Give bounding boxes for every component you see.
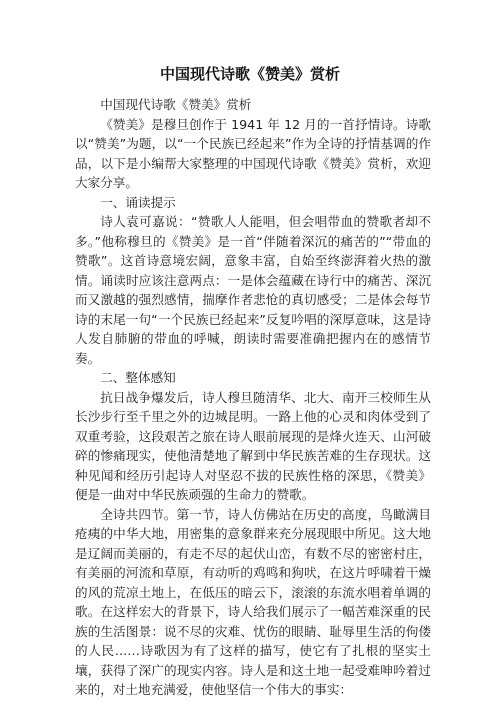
section-paragraph: 抗日战争爆发后，诗人穆旦随清华、北大、南开三校师生从长沙步行至千里之外的边城昆明… (75, 388, 431, 505)
section-heading-reading-tips: 一、诵读提示 (75, 193, 431, 213)
section-heading-overall-perception: 二、整体感知 (75, 368, 431, 388)
document-title: 中国现代诗歌《赞美》赏析 (0, 64, 500, 84)
section-paragraph: 诗人袁可嘉说：“赞歌人人能唱，但会唱带血的赞歌者却不多。”他称穆旦的《赞美》是一… (75, 212, 431, 368)
document-body: 中国现代诗歌《赞美》赏析 《赞美》是穆旦创作于 1941 年 12 月的一首抒情… (75, 95, 431, 700)
section-paragraph: 全诗共四节。第一节，诗人仿佛站在历史的高度，鸟瞰满目疮痍的中华大地，用密集的意象… (75, 505, 431, 700)
document-subtitle: 中国现代诗歌《赞美》赏析 (75, 95, 431, 115)
document-page: 中国现代诗歌《赞美》赏析 中国现代诗歌《赞美》赏析 《赞美》是穆旦创作于 194… (0, 0, 500, 707)
intro-paragraph: 《赞美》是穆旦创作于 1941 年 12 月的一首抒情诗。诗歌以“赞美”为题，以… (75, 115, 431, 193)
